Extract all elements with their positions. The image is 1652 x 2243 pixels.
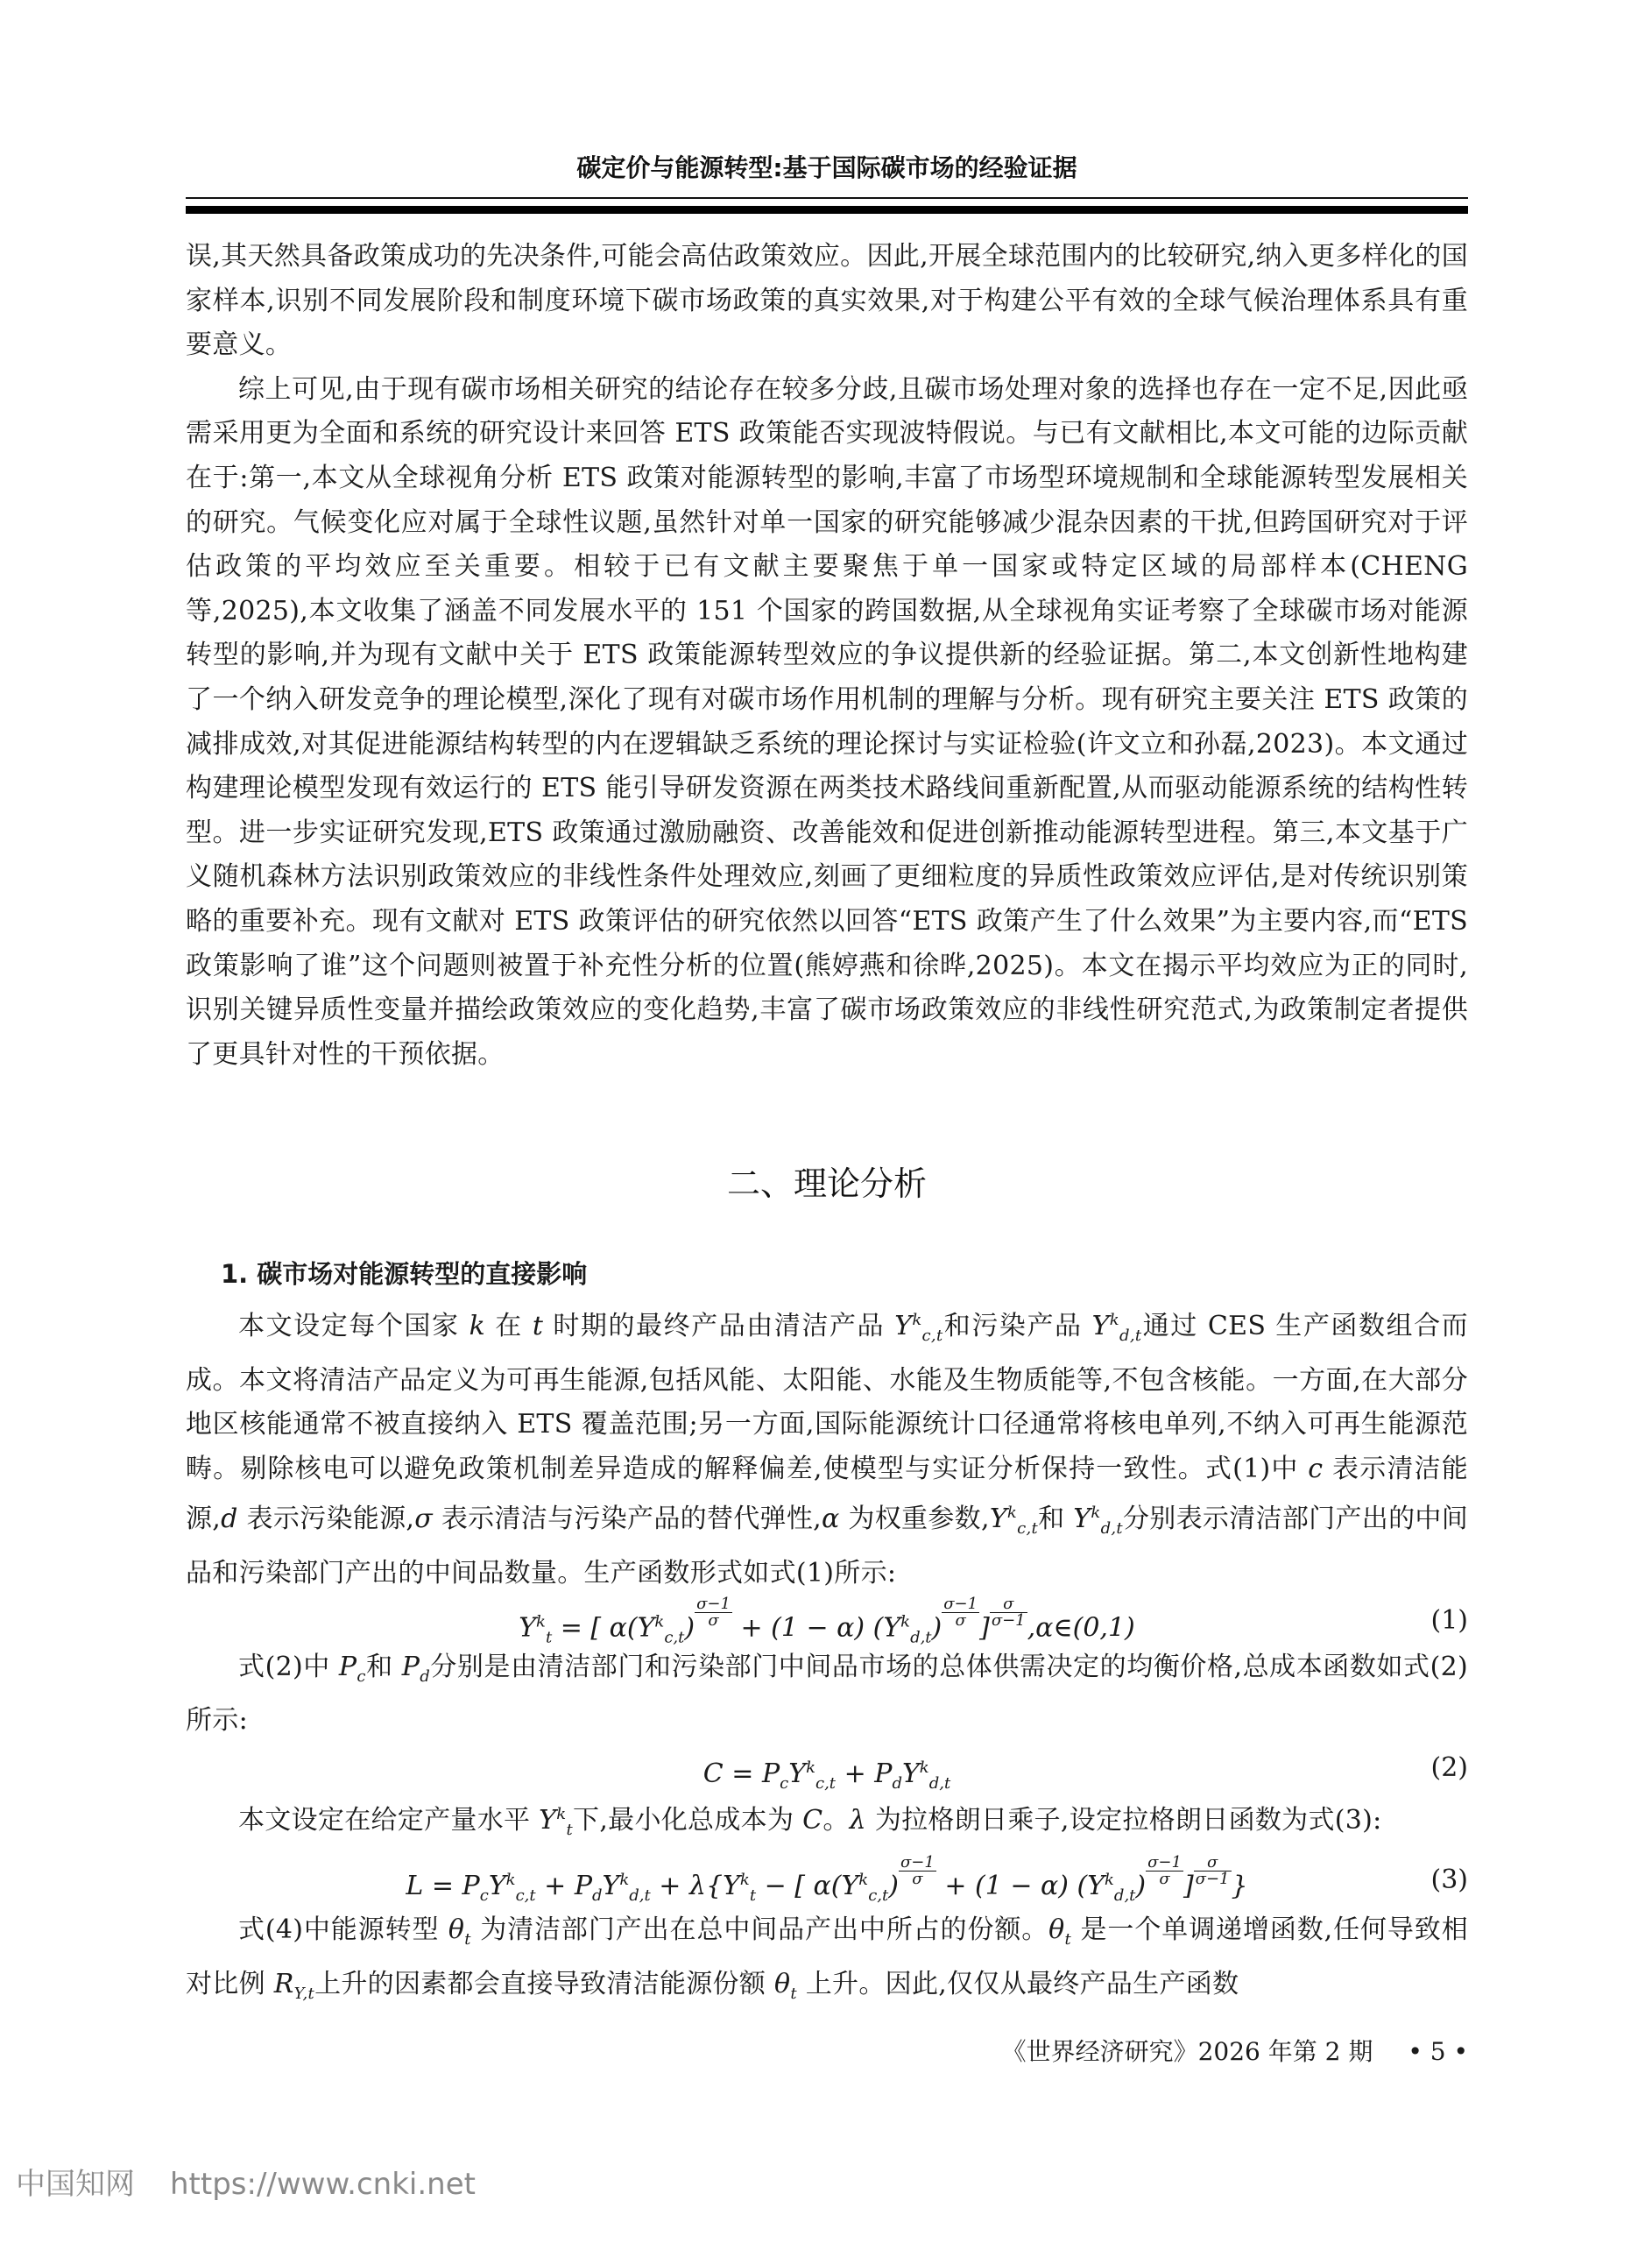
journal-issue: 《世界经济研究》2026 年第 2 期 [1002, 2037, 1373, 2066]
equation-3: L = PcYkc,t + PdYkd,t + λ{Ykt − [ α(Ykc,… [186, 1852, 1468, 1908]
equation-number: (2) [1431, 1744, 1469, 1793]
running-title: 碳定价与能源转型:基于国际碳市场的经验证据 [186, 149, 1468, 184]
watermark-brand: 中国知网 [16, 2167, 135, 2202]
body-text-part2: 本文设定每个国家 k 在 t 时期的最终产品由清洁产品 Ykc,t和污染产品 Y… [186, 1298, 1468, 2017]
equation-1: Ykt = [ α(Ykc,t)σ−1σ + (1 − α) (Ykd,t)σ−… [186, 1596, 1468, 1645]
header-rule-thick [186, 206, 1468, 214]
paragraph-continued: 误,其天然具备政策成功的先决条件,可能会高估政策效应。因此,开展全球范围内的比较… [186, 235, 1468, 368]
body-text-part1: 误,其天然具备政策成功的先决条件,可能会高估政策效应。因此,开展全球范围内的比较… [186, 235, 1468, 1077]
cnki-watermark: 中国知网https://www.cnki.net [16, 2160, 476, 2203]
page-footer: 《世界经济研究》2026 年第 2 期• 5 • [1002, 2033, 1468, 2068]
section-heading: 二、理论分析 [186, 1157, 1468, 1205]
paragraph-energy-share: 式(4)中能源转型 θt 为清洁部门产出在总中间品产出中所占的份额。θt 是一个… [186, 1908, 1468, 2016]
paragraph-contributions: 综上可见,由于现有碳市场相关研究的结论存在较多分歧,且碳市场处理对象的选择也存在… [186, 368, 1468, 1078]
equation-number: (3) [1431, 1852, 1469, 1908]
page-number: • 5 • [1408, 2037, 1468, 2066]
equation-number: (1) [1431, 1596, 1469, 1645]
watermark-url[interactable]: https://www.cnki.net [170, 2167, 476, 2202]
equation-2: C = PcYkc,t + PdYkd,t (2) [186, 1744, 1468, 1793]
header-rule-thin [186, 197, 1468, 199]
paragraph-model-setup: 本文设定每个国家 k 在 t 时期的最终产品由清洁产品 Ykc,t和污染产品 Y… [186, 1298, 1468, 1596]
subsection-heading: 1. 碳市场对能源转型的直接影响 [221, 1255, 587, 1291]
